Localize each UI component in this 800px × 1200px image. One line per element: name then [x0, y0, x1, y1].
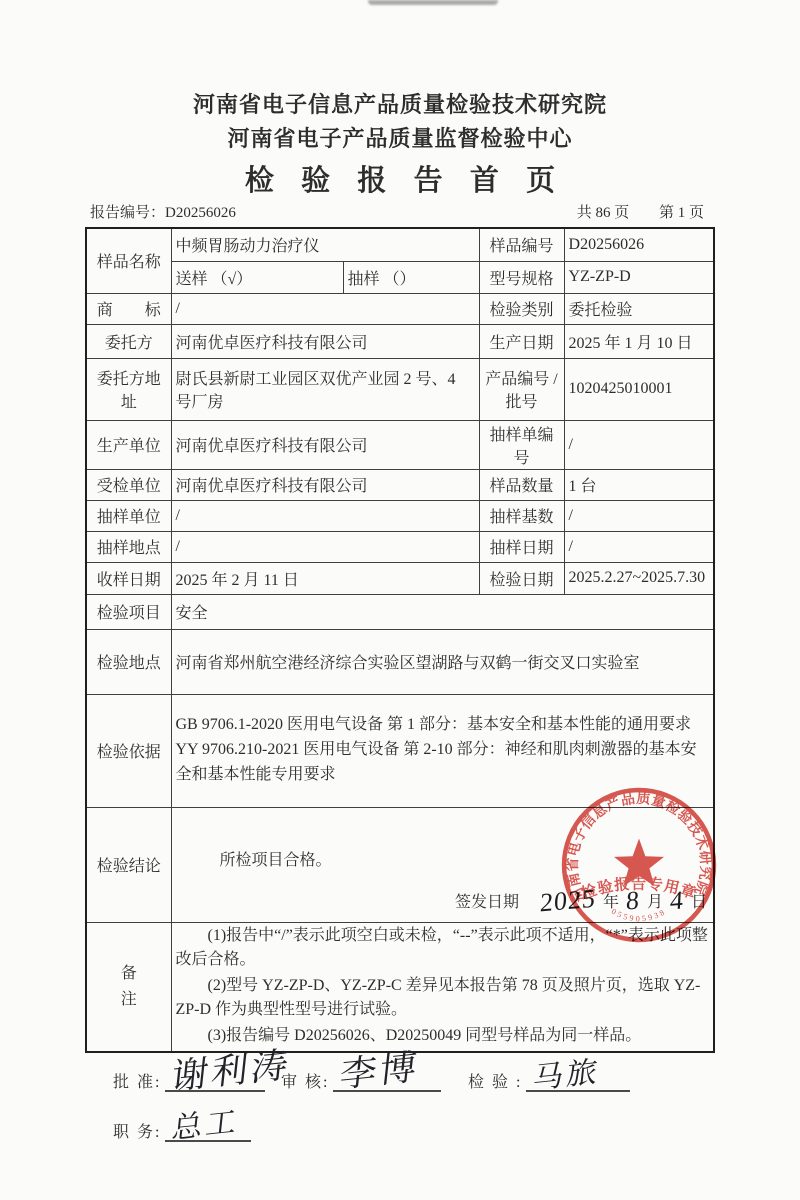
basis-standard-1: GB 9706.1-2020 医用电气设备 第 1 部分：基本安全和基本性能的通… [176, 713, 710, 738]
basis-standard-2: YY 9706.210-2021 医用电气设备 第 2-10 部分：神经和肌肉刺… [176, 738, 710, 788]
cell-inspected-unit-value: 河南优卓医疗科技有限公司 [171, 469, 479, 500]
cell-sample-name-label: 样品名称 [86, 228, 171, 293]
signature-review: 审 核: 李博 [281, 1068, 441, 1092]
cell-sampling-sheet-label: 抽样单编号 [479, 420, 564, 469]
cell-production-date-value: 2025 年 1 月 10 日 [564, 324, 714, 358]
remark-note-2: (2)型号 YZ-ZP-D、YZ-ZP-C 差异见本报告第 78 页及照片页，选… [176, 974, 710, 1022]
cell-sample-qty-value: 1 台 [564, 469, 714, 500]
total-pages: 共 86 页 [577, 205, 630, 221]
cell-trademark-value: / [171, 293, 479, 324]
approve-label: 批 准: [113, 1074, 161, 1091]
cell-model-value: YZ-ZP-D [564, 261, 714, 293]
inspect-label: 检 验 : [468, 1074, 522, 1091]
cell-inspection-items-value: 安全 [171, 594, 714, 629]
cell-inspected-unit-label: 受检单位 [86, 469, 171, 500]
cell-sampling-unit-label: 抽样单位 [86, 500, 171, 531]
cell-trademark-label: 商 标 [86, 293, 171, 324]
cell-inspection-place-label: 检验地点 [86, 629, 171, 694]
meta-row: 报告编号：D20256026 共 86 页 第 1 页 [90, 201, 710, 222]
cell-sampling-place-label: 抽样地点 [86, 531, 171, 562]
cell-sampling-sheet-value: / [564, 420, 714, 469]
duty-value: 总工 [171, 1097, 243, 1148]
cell-sample-qty-label: 样品数量 [479, 469, 564, 500]
cell-product-no-label: 产品编号 / 批号 [479, 358, 564, 420]
review-label: 审 核: [281, 1074, 329, 1091]
cell-inspection-date-label: 检验日期 [479, 562, 564, 594]
conclusion-text: 所检项目合格。 [220, 847, 710, 870]
cell-sample-no-value: D20256026 [564, 228, 714, 261]
cell-sampling-base-label: 抽样基数 [479, 500, 564, 531]
cell-sampling-base-value: / [564, 500, 714, 531]
signature-duty: 职 务: 总工 [113, 1118, 251, 1142]
cell-conclusion-label: 检验结论 [86, 807, 171, 922]
cell-manufacturer-label: 生产单位 [86, 420, 171, 469]
cell-inspection-place-value: 河南省郑州航空港经济综合实验区望湖路与双鹤一街交叉口实验室 [171, 629, 714, 694]
cell-sampling-date-label: 抽样日期 [479, 531, 564, 562]
cell-client-address-label: 委托方地址 [86, 358, 171, 420]
current-page: 第 1 页 [659, 205, 704, 221]
duty-value-line: 总工 [165, 1118, 251, 1142]
issue-date-line: 签发日期 2025 年 8 月 4 日 [455, 884, 707, 914]
cell-inspection-date-value: 2025.2.27~2025.7.30 [564, 562, 714, 594]
cell-conclusion-value: 所检项目合格。 签发日期 2025 年 8 月 4 日 [171, 807, 714, 922]
inspection-report-page: 河南省电子信息产品质量检验技术研究院 河南省电子产品质量监督检验中心 检 验 报… [0, 0, 800, 1200]
scan-artifact [368, 0, 498, 5]
cell-remarks-value: (1)报告中“/”表示此项空白或未检，“--”表示此项不适用，“*”表示此项整改… [171, 922, 714, 1052]
report-table: 样品名称 中频胃肠动力治疗仪 样品编号 D20256026 送样 （√） 抽样 … [85, 227, 715, 1053]
cell-model-label: 型号规格 [479, 261, 564, 293]
review-signature-line: 李博 [333, 1068, 441, 1092]
org-name-line2: 河南省电子产品质量监督检验中心 [0, 122, 800, 153]
org-name-line1: 河南省电子信息产品质量检验技术研究院 [0, 88, 800, 119]
inspect-signature-line: 马旅 [526, 1068, 630, 1092]
cell-receive-date-value: 2025 年 2 月 11 日 [171, 562, 479, 594]
handwritten-month: 8 [625, 885, 641, 916]
cell-product-no-value: 1020425010001 [564, 358, 714, 420]
cell-client-label: 委托方 [86, 324, 171, 358]
cell-draw-sample: 抽样 （） [343, 261, 479, 293]
page-title: 检 验 报 告 首 页 [0, 158, 800, 199]
cell-inspection-basis-label: 检验依据 [86, 694, 171, 807]
cell-inspection-type-label: 检验类别 [479, 293, 564, 324]
handwritten-day: 4 [669, 885, 685, 916]
signature-approve: 批 准: 谢利涛 [113, 1068, 265, 1092]
cell-manufacturer-value: 河南优卓医疗科技有限公司 [171, 420, 479, 469]
cell-inspection-basis-value: GB 9706.1-2020 医用电气设备 第 1 部分：基本安全和基本性能的通… [171, 694, 714, 807]
cell-sampling-place-value: / [171, 531, 479, 562]
handwritten-year: 2025 [539, 883, 596, 918]
cell-client-value: 河南优卓医疗科技有限公司 [171, 324, 479, 358]
cell-client-address-value: 尉氏县新尉工业园区双优产业园 2 号、4 号厂房 [171, 358, 479, 420]
page-counter: 共 86 页 第 1 页 [551, 201, 704, 222]
approve-signature-line: 谢利涛 [165, 1068, 265, 1092]
cell-sampling-unit-value: / [171, 500, 479, 531]
cell-sampling-date-value: / [564, 531, 714, 562]
remark-note-1: (1)报告中“/”表示此项空白或未检，“--”表示此项不适用，“*”表示此项整改… [176, 924, 710, 972]
review-signature: 李博 [338, 1039, 423, 1098]
duty-label: 职 务: [113, 1124, 161, 1141]
signature-inspect: 检 验 : 马旅 [468, 1068, 630, 1092]
inspect-signature: 马旅 [532, 1047, 604, 1098]
issue-date-label: 签发日期 [455, 894, 519, 911]
cell-send-sample: 送样 （√） [171, 261, 343, 293]
cell-inspection-type-value: 委托检验 [564, 293, 714, 324]
cell-production-date-label: 生产日期 [479, 324, 564, 358]
cell-receive-date-label: 收样日期 [86, 562, 171, 594]
cell-remarks-label: 备 注 [86, 922, 171, 1052]
cell-sample-name-value: 中频胃肠动力治疗仪 [171, 228, 479, 261]
report-number: 报告编号：D20256026 [90, 205, 236, 221]
cell-sample-no-label: 样品编号 [479, 228, 564, 261]
cell-inspection-items-label: 检验项目 [86, 594, 171, 629]
